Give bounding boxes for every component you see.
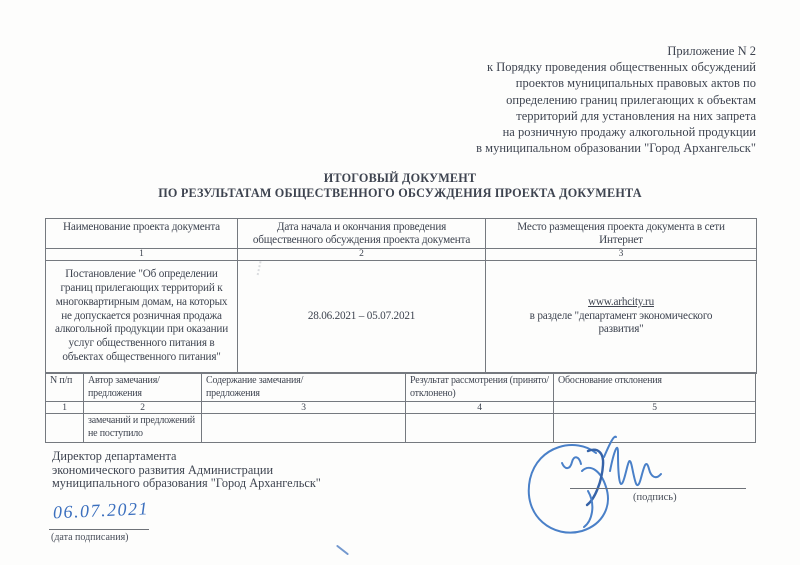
appendix-line: проектов муниципальных правовых актов по xyxy=(326,75,756,91)
document-title-line2: ПО РЕЗУЛЬТАТАМ ОБЩЕСТВЕННОГО ОБСУЖДЕНИЯ … xyxy=(0,186,800,201)
column-number: 2 xyxy=(84,402,202,414)
project-summary-table: Наименование проекта документа Дата нача… xyxy=(45,218,757,374)
appendix-line: на розничную продажу алкогольной продукц… xyxy=(326,124,756,140)
comments-table-number-row: 1 2 3 4 5 xyxy=(46,402,756,414)
header-internet-location-text: Место размещения проекта документа в сет… xyxy=(501,221,741,247)
cell-internet-location: www.arhcity.ru в разделе "департамент эк… xyxy=(486,260,757,373)
header-discussion-dates: Дата начала и окончания проведения общес… xyxy=(238,219,486,249)
appendix-line: определению границ прилегающих к объекта… xyxy=(326,92,756,108)
column-number: 1 xyxy=(46,402,84,414)
appendix-line: территорий для установления на них запре… xyxy=(326,108,756,124)
signature-line xyxy=(570,474,746,489)
header-justification: Обоснование отклонения xyxy=(554,373,756,402)
header-result: Результат рассмотрения (принято/отклонен… xyxy=(406,373,554,402)
scanned-document-page: Приложение N 2 к Порядку проведения обще… xyxy=(0,0,800,565)
project-table-data-row: Постановление "Об определении границ при… xyxy=(46,260,757,373)
cell-project-name-text: Постановление "Об определении границ при… xyxy=(54,268,230,365)
header-discussion-dates-text: Дата начала и окончания проведения общес… xyxy=(242,221,481,247)
column-number: 4 xyxy=(406,402,554,414)
signatory-title: Директор департамента экономического раз… xyxy=(52,450,321,491)
project-table-header-row: Наименование проекта документа Дата нача… xyxy=(46,219,757,249)
cell-author: замечаний и предложений не поступило xyxy=(84,414,202,443)
cell-discussion-period: 28.06.2021 – 05.07.2021 xyxy=(238,260,486,373)
column-number: 5 xyxy=(554,402,756,414)
header-content-text: Содержание замечания/предложения xyxy=(206,375,318,400)
cell-row-number xyxy=(46,414,84,443)
header-author: Автор замечания/предложения xyxy=(84,373,202,402)
header-row-number: N п/п xyxy=(46,373,84,402)
appendix-line: в муниципальном образовании "Город Архан… xyxy=(326,140,756,156)
signatory-line: Директор департамента xyxy=(52,450,321,464)
date-line xyxy=(49,515,149,530)
comments-table-header-row: N п/п Автор замечания/предложения Содерж… xyxy=(46,373,756,402)
site-url-link[interactable]: www.arhcity.ru xyxy=(588,296,654,310)
signatory-line: муниципального образования "Город Арханг… xyxy=(52,477,321,491)
signatory-line: экономического развития Администрации xyxy=(52,464,321,478)
document-title: ИТОГОВЫЙ ДОКУМЕНТ ПО РЕЗУЛЬТАТАМ ОБЩЕСТВ… xyxy=(0,171,800,201)
appendix-note: Приложение N 2 к Порядку проведения обще… xyxy=(326,43,756,156)
column-number: 3 xyxy=(202,402,406,414)
project-table-number-row: 1 2 3 xyxy=(46,248,757,260)
appendix-line: к Порядку проведения общественных обсужд… xyxy=(326,59,756,75)
cell-project-name: Постановление "Об определении границ при… xyxy=(46,260,238,373)
document-title-line1: ИТОГОВЫЙ ДОКУМЕНТ xyxy=(0,171,800,186)
header-content: Содержание замечания/предложения xyxy=(202,373,406,402)
date-caption: (дата подписания) xyxy=(51,532,129,543)
cell-content xyxy=(202,414,406,443)
column-number: 3 xyxy=(486,248,757,260)
header-project-name: Наименование проекта документа xyxy=(46,219,238,249)
header-internet-location: Место размещения проекта документа в сет… xyxy=(486,219,757,249)
site-section-text: в разделе "департамент экономического ра… xyxy=(512,310,730,338)
appendix-line: Приложение N 2 xyxy=(326,43,756,59)
column-number: 2 xyxy=(238,248,486,260)
column-number: 1 xyxy=(46,248,238,260)
signature-caption: (подпись) xyxy=(633,492,677,503)
ink-mark-artifact xyxy=(336,545,349,556)
